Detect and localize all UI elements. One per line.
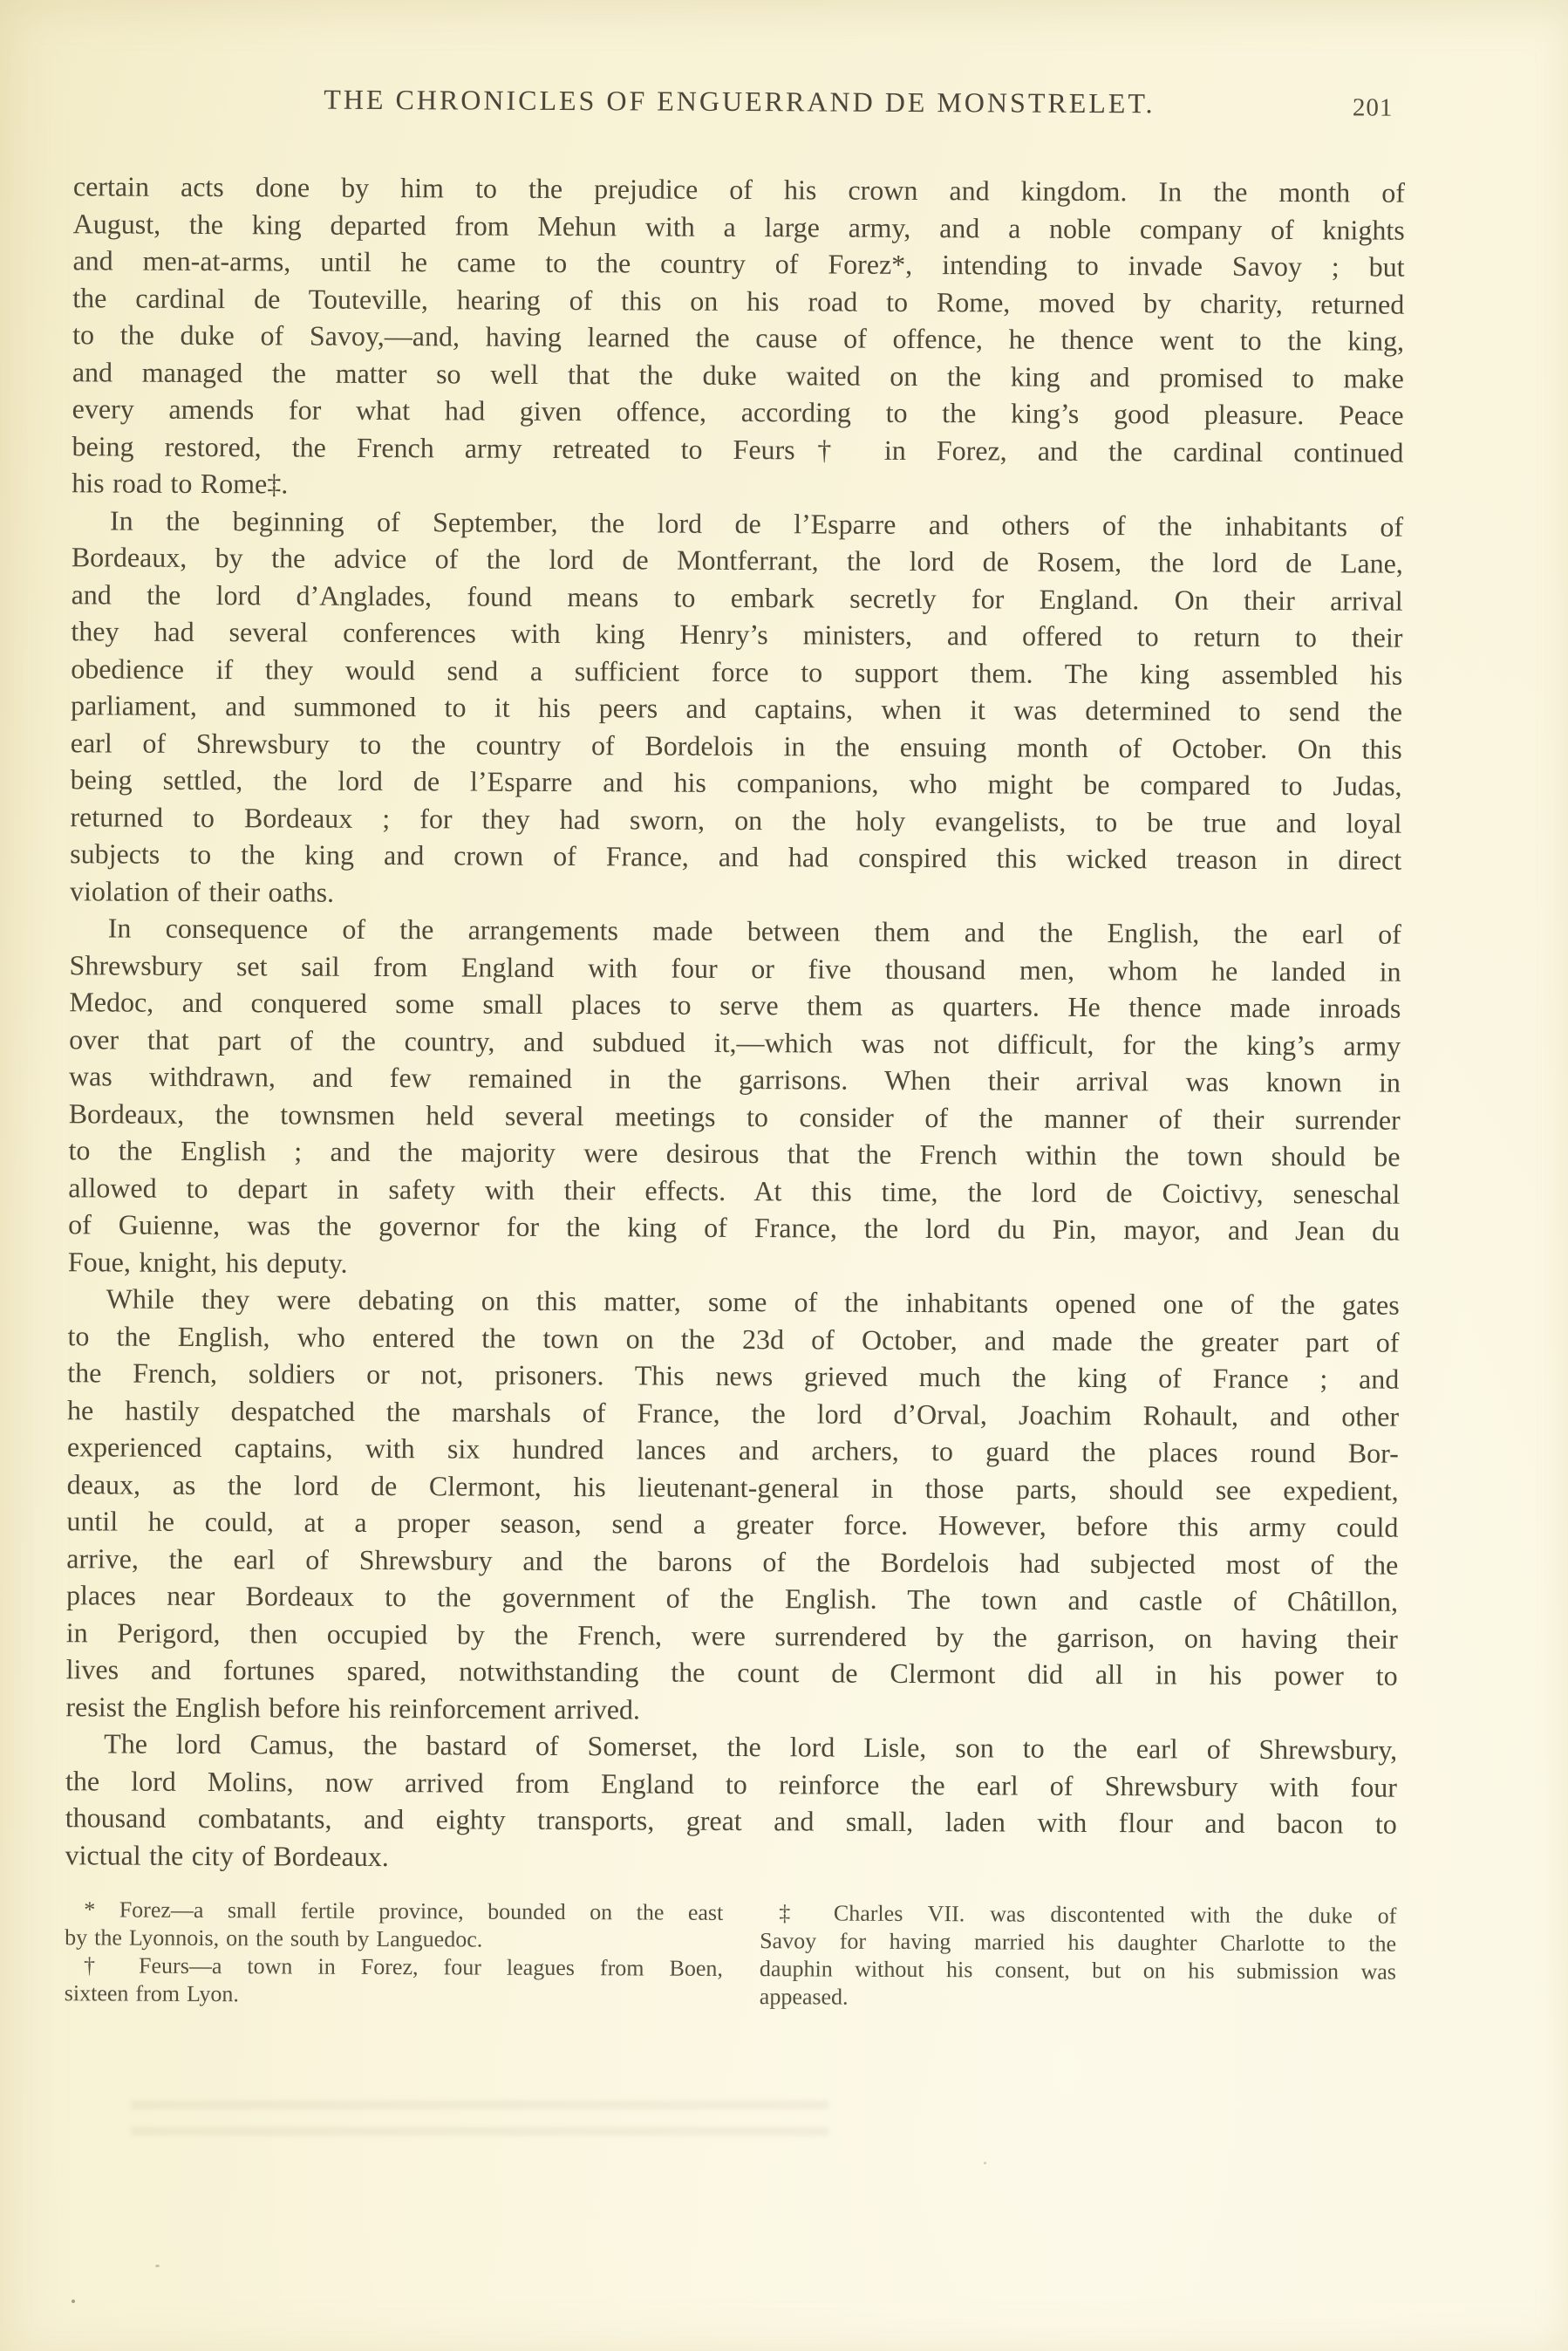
text-line: places near Bordeaux to the government o… (66, 1576, 1398, 1620)
text-line: the lord Molins, now arrived from Englan… (65, 1762, 1397, 1806)
text-line: arrive, the earl of Shrewsbury and the b… (66, 1540, 1398, 1583)
text-line: by the Lyonnois, on the south by Langued… (65, 1924, 723, 1955)
text-line: to the duke of Savoy,—and, having learne… (72, 316, 1404, 359)
text-line: † Feurs—a town in Forez, four leagues fr… (65, 1951, 723, 1983)
body-text: certain acts done by him to the prejudic… (65, 167, 1405, 1879)
text-line: returned to Bordeaux ; for they had swor… (70, 798, 1401, 842)
text-line: the cardinal de Touteville, hearing of t… (72, 279, 1404, 323)
text-line: the French, soldiers or not, prisoners. … (67, 1354, 1399, 1398)
text-line: deaux, as the lord de Clermont, his lieu… (67, 1466, 1399, 1509)
text-line: lives and fortunes spared, notwithstandi… (66, 1650, 1398, 1694)
text-line: ‡ Charles VII. was discontented with the… (760, 1899, 1396, 1931)
text-line: being restored, the French army retreate… (72, 427, 1403, 471)
text-line: obedience if they would send a sufficien… (71, 650, 1402, 694)
footnotes: * Forez—a small fertile province, bounde… (65, 1896, 1397, 2013)
text-line: appeased. (760, 1983, 1396, 2014)
text-line: until he could, at a proper season, send… (66, 1502, 1398, 1546)
scan-artifact-speck (984, 2162, 986, 2164)
text-line: and managed the matter so well that the … (72, 353, 1404, 397)
text-line: The lord Camus, the bastard of Somerset,… (65, 1725, 1397, 1768)
text-line: and the lord d’Anglades, found means to … (72, 576, 1403, 619)
text-line: victual the city of Bordeaux. (65, 1836, 1396, 1880)
text-line: his road to Rome‡. (72, 464, 1403, 508)
text-line: Medoc, and conquered some small places t… (69, 983, 1401, 1027)
text-line: Foue, knight, his deputy. (68, 1243, 1400, 1287)
footnote-column-right: ‡ Charles VII. was discontented with the… (760, 1899, 1397, 2014)
text-line: certain acts done by him to the prejudic… (73, 167, 1405, 211)
text-line: of Guienne, was the governor for the kin… (68, 1206, 1400, 1249)
text-line: he hastily despatched the marshals of Fr… (67, 1391, 1399, 1435)
text-line: experienced captains, with six hundred l… (67, 1428, 1399, 1472)
text-line: dauphin without his consent, but on his … (760, 1955, 1396, 1986)
footnote-column-left: * Forez—a small fertile province, bounde… (65, 1896, 724, 2011)
text-line: every amends for what had given offence,… (72, 390, 1404, 434)
text-line: In consequence of the arrangements made … (70, 909, 1401, 953)
text-line: Bordeaux, by the advice of the lord de M… (72, 538, 1403, 582)
text-line: over that part of the country, and subdu… (69, 1021, 1401, 1064)
text-line: While they were debating on this matter,… (68, 1280, 1400, 1323)
text-line: sixteen from Lyon. (65, 1979, 723, 2011)
text-line: violation of their oaths. (70, 872, 1401, 916)
text-line: to the English, who entered the town on … (67, 1317, 1399, 1361)
text-line: in Perigord, then occupied by the French… (66, 1614, 1398, 1657)
text-line: resist the English before his reinforcem… (65, 1688, 1397, 1732)
text-line: August, the king departed from Mehun wit… (73, 205, 1405, 249)
scan-artifact-showthrough (131, 2083, 828, 2136)
text-line: In the beginning of September, the lord … (72, 502, 1403, 545)
text-line: Shrewsbury set sail from England with fo… (69, 947, 1401, 990)
text-line: Savoy for having married his daughter Ch… (760, 1927, 1396, 1958)
scan-artifact-speck (155, 2265, 160, 2267)
text-line: they had several conferences with king H… (71, 612, 1402, 656)
page-header: THE CHRONICLES OF ENGUERRAND DE MONSTREL… (73, 0, 1406, 127)
page-number: 201 (1353, 93, 1394, 122)
text-line: allowed to depart in safety with their e… (68, 1169, 1400, 1213)
text-line: thousand combatants, and eighty transpor… (65, 1799, 1397, 1842)
text-line: was withdrawn, and few remained in the g… (69, 1057, 1401, 1101)
text-line: subjects to the king and crown of France… (70, 835, 1401, 878)
page-content: THE CHRONICLES OF ENGUERRAND DE MONSTREL… (65, 0, 1406, 2014)
text-line: being settled, the lord de l’Esparre and… (71, 761, 1402, 804)
text-line: to the English ; and the majority were d… (68, 1131, 1400, 1175)
text-line: Bordeaux, the townsmen held several meet… (69, 1095, 1401, 1138)
running-title: THE CHRONICLES OF ENGUERRAND DE MONSTREL… (73, 82, 1405, 120)
book-page-scan: THE CHRONICLES OF ENGUERRAND DE MONSTREL… (0, 0, 1568, 2351)
text-line: and men-at-arms, until he came to the co… (72, 242, 1404, 285)
text-line: * Forez—a small fertile province, bounde… (65, 1896, 723, 1927)
text-line: earl of Shrewsbury to the country of Bor… (71, 724, 1402, 768)
text-line: parliament, and summoned to it his peers… (71, 687, 1402, 730)
scan-artifact-speck (72, 2300, 75, 2303)
